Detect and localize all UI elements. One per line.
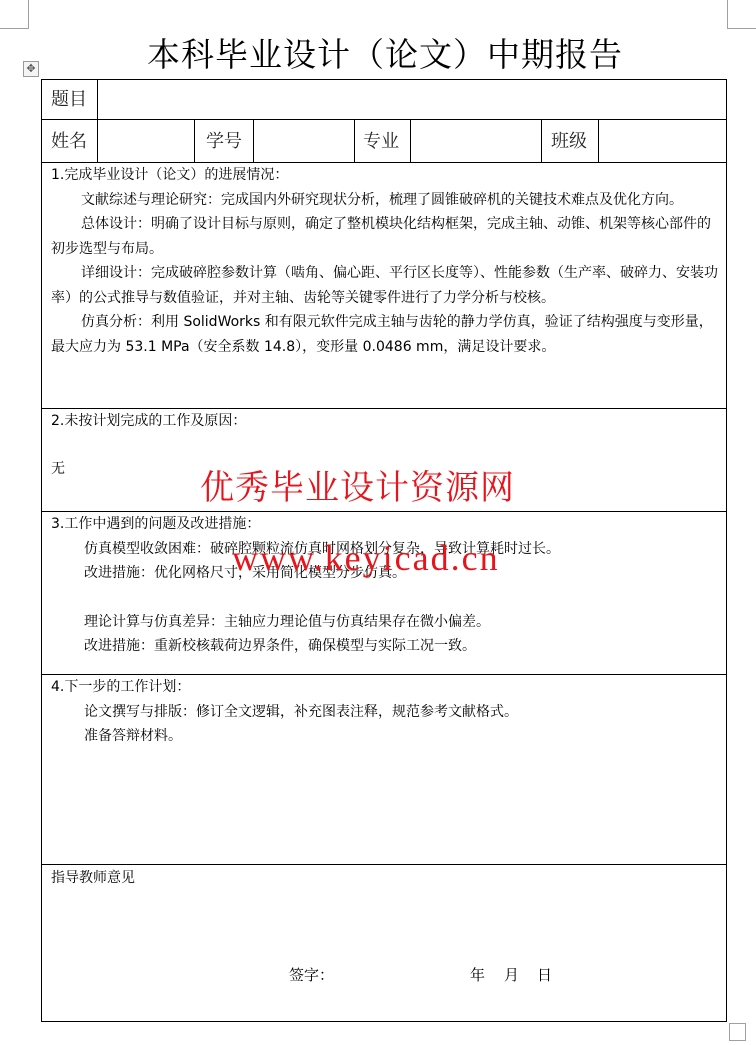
page-corner-mark-top-left <box>0 0 29 29</box>
class-label: 班级 <box>551 131 587 153</box>
improvement-line: 改进措施：重新校核载荷边界条件，确保模型与实际工况一致。 <box>51 634 721 659</box>
major-label: 专业 <box>363 131 399 153</box>
section-heading: 1.完成毕业设计（论文）的进展情况： <box>51 163 721 188</box>
col-divider <box>541 119 542 162</box>
watermark-site-url: www.keyicad.cn <box>232 538 500 578</box>
table-move-handle-icon[interactable]: ✥ <box>23 61 39 77</box>
topic-field[interactable] <box>100 80 725 118</box>
paragraph: 总体设计：明确了设计目标与原则，确定了整机模块化结构框架，完成主轴、动锥、机架等… <box>51 212 721 261</box>
section-heading: 4.下一步的工作计划： <box>51 675 721 700</box>
section-heading: 3.工作中遇到的问题及改进措施： <box>51 512 721 537</box>
col-divider <box>194 119 195 162</box>
student-id-label: 学号 <box>206 131 242 153</box>
student-id-field[interactable] <box>255 120 353 161</box>
section-problems[interactable]: 3.工作中遇到的问题及改进措施： 仿真模型收敛困难：破碎腔颗粒流仿真时网格划分复… <box>51 512 721 659</box>
page-title: 本科毕业设计（论文）中期报告 <box>0 32 756 78</box>
advisor-opinion-heading: 指导教师意见 <box>51 866 721 891</box>
signature-label: 签字： <box>289 964 334 985</box>
name-label: 姓名 <box>51 131 87 153</box>
major-field[interactable] <box>412 120 540 161</box>
page-end-mark <box>729 1023 746 1041</box>
topic-label: 题目 <box>51 89 87 111</box>
section-progress[interactable]: 1.完成毕业设计（论文）的进展情况： 文献综述与理论研究：完成国内外研究现状分析… <box>51 163 721 359</box>
class-field[interactable] <box>600 120 725 161</box>
section-next-plan[interactable]: 4.下一步的工作计划： 论文撰写与排版：修订全文逻辑，补充图表注释，规范参考文献… <box>51 675 721 749</box>
paragraph: 文献综述与理论研究：完成国内外研究现状分析，梳理了圆锥破碎机的关键技术难点及优化… <box>51 188 721 213</box>
col-divider <box>410 119 411 162</box>
plan-line: 准备答辩材料。 <box>51 724 721 749</box>
plan-line: 论文撰写与排版：修订全文逻辑，补充图表注释，规范参考文献格式。 <box>51 700 721 725</box>
col-divider <box>253 119 254 162</box>
row-divider <box>41 864 727 865</box>
advisor-opinion-field[interactable] <box>51 892 721 1017</box>
col-divider <box>354 119 355 162</box>
watermark-site-name: 优秀毕业设计资源网 <box>200 465 515 511</box>
col-divider <box>97 79 98 163</box>
name-field[interactable] <box>99 120 193 161</box>
problem-line: 理论计算与仿真差异：主轴应力理论值与仿真结果存在微小偏差。 <box>51 610 721 635</box>
year-label: 年 <box>470 964 485 985</box>
page-corner-mark-top-right <box>727 0 756 29</box>
month-label: 月 <box>504 964 519 985</box>
col-divider <box>598 119 599 162</box>
paragraph: 仿真分析：利用 SolidWorks 和有限元软件完成主轴与齿轮的静力学仿真，验… <box>51 310 721 359</box>
day-label: 日 <box>537 964 552 985</box>
section-heading: 2.未按计划完成的工作及原因： <box>51 409 721 434</box>
paragraph: 详细设计：完成破碎腔参数计算（啮角、偏心距、平行区长度等）、性能参数（生产率、破… <box>51 261 721 310</box>
